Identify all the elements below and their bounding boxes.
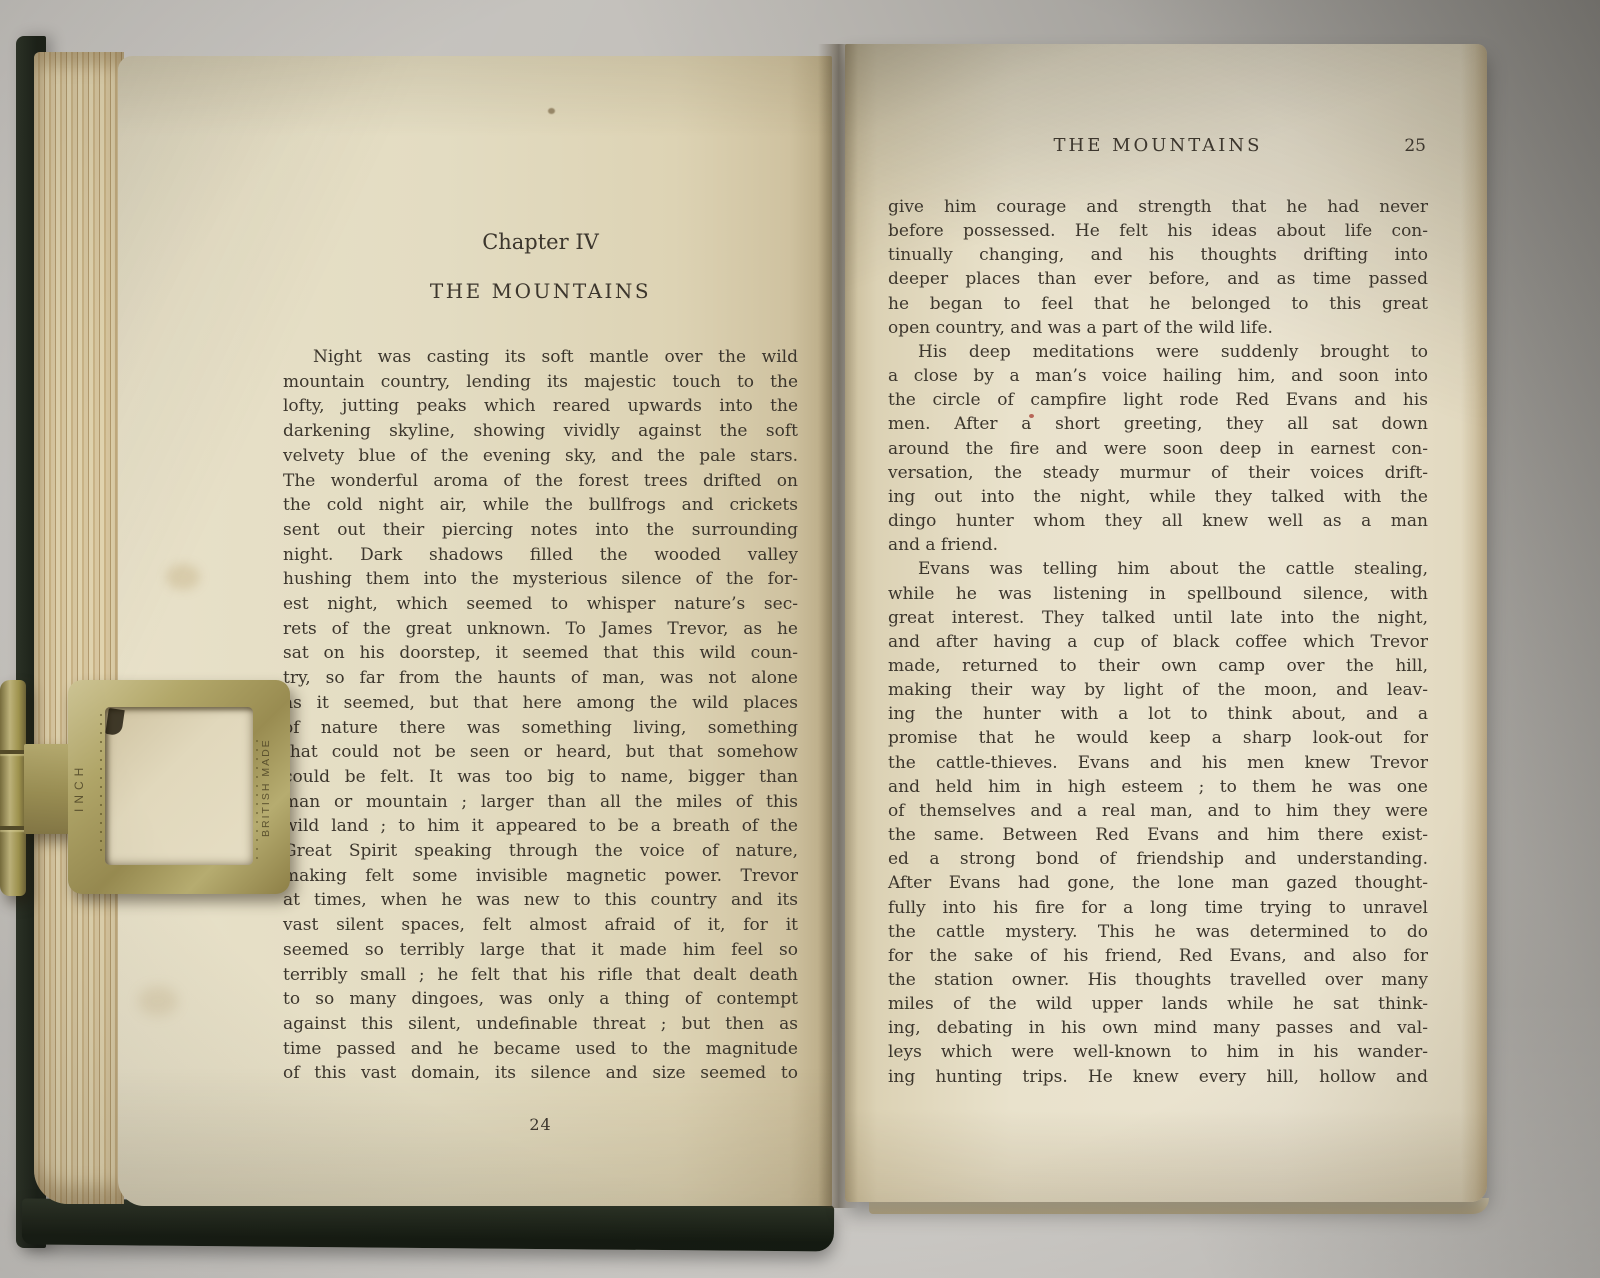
clasp-frame: INCH BRITISH MADE: [68, 680, 290, 894]
text-line: sat on his doorstep, it seemed that this…: [283, 641, 798, 666]
text-line: Evans was telling him about the cattle s…: [888, 557, 1428, 581]
hinge-knuckle-line: [0, 826, 26, 830]
text-line: could be felt. It was too big to name, b…: [283, 765, 798, 790]
text-line: made, returned to their own camp over th…: [888, 654, 1428, 678]
text-line: before possessed. He felt his ideas abou…: [888, 219, 1428, 243]
text-line: for the sake of his friend, Red Evans, a…: [888, 944, 1428, 968]
text-line: while he was listening in spellbound sil…: [888, 582, 1428, 606]
right-page: THE MOUNTAINS 25 give him courage and st…: [845, 44, 1487, 1202]
text-line: to so many dingoes, was only a thing of …: [283, 987, 798, 1012]
text-line: try, so far from the haunts of man, was …: [283, 666, 798, 691]
text-line: the cold night air, while the bullfrogs …: [283, 493, 798, 518]
text-line: versation, the steady murmur of their vo…: [888, 461, 1428, 485]
text-line: man or mountain ; larger than all the mi…: [283, 790, 798, 815]
chapter-heading: Chapter IV: [283, 229, 798, 255]
text-line: His deep meditations were suddenly broug…: [888, 340, 1428, 364]
left-page-text: Chapter IV THE MOUNTAINS Night was casti…: [283, 56, 798, 1134]
right-page-text: THE MOUNTAINS 25 give him courage and st…: [888, 44, 1428, 1089]
text-line: ing out into the night, while they talke…: [888, 485, 1428, 509]
text-line: sent out their piercing notes into the s…: [283, 518, 798, 543]
text-line: seemed so terribly large that it made hi…: [283, 938, 798, 963]
text-line: wild land ; to him it appeared to be a b…: [283, 814, 798, 839]
text-line: the circle of campfire light rode Red Ev…: [888, 388, 1428, 412]
text-line: After Evans had gone, the lone man gazed…: [888, 871, 1428, 895]
text-line: night. Dark shadows filled the wooded va…: [283, 543, 798, 568]
clasp-british-made-label: BRITISH MADE: [260, 706, 272, 870]
text-line: the same. Between Red Evans and him ther…: [888, 823, 1428, 847]
text-line: tinually changing, and his thoughts drif…: [888, 243, 1428, 267]
text-line: miles of the wild upper lands while he s…: [888, 992, 1428, 1016]
text-line: the cattle-thieves. Evans and his men kn…: [888, 751, 1428, 775]
text-line: velvety blue of the evening sky, and the…: [283, 444, 798, 469]
text-line: give him courage and strength that he ha…: [888, 195, 1428, 219]
text-line: time passed and he became used to the ma…: [283, 1037, 798, 1062]
page-fore-edges: [34, 52, 124, 1204]
text-line: ing, debating in his own mind many passe…: [888, 1016, 1428, 1040]
brass-clasp: INCH BRITISH MADE: [0, 652, 300, 904]
right-page-body: give him courage and strength that he ha…: [888, 195, 1428, 1089]
book-cover-bottom-edge: [22, 1198, 834, 1251]
text-line: he began to feel that he belonged to thi…: [888, 292, 1428, 316]
text-line: lofty, jutting peaks which reared upward…: [283, 394, 798, 419]
text-line: ed a strong bond of friendship and under…: [888, 847, 1428, 871]
text-line: Great Spirit speaking through the voice …: [283, 839, 798, 864]
text-line: deeper places than ever before, and as t…: [888, 267, 1428, 291]
running-header-row: THE MOUNTAINS 25: [888, 133, 1428, 159]
text-line: a close by a man’s voice hailing him, an…: [888, 364, 1428, 388]
text-line: against this silent, undefinable threat …: [283, 1012, 798, 1037]
running-header: THE MOUNTAINS: [1054, 135, 1263, 156]
text-line: ing the hunter with a lot to think about…: [888, 702, 1428, 726]
text-line: leys which were well-known to him in his…: [888, 1040, 1428, 1064]
text-line: and held him in high esteem ; to them he…: [888, 775, 1428, 799]
text-line: of this vast domain, its silence and siz…: [283, 1061, 798, 1086]
paper-stain: [166, 564, 200, 590]
text-line: men. After a short greeting, they all sa…: [888, 412, 1428, 436]
open-book: Chapter IV THE MOUNTAINS Night was casti…: [0, 0, 1600, 1278]
text-line: as it seemed, but that here among the wi…: [283, 691, 798, 716]
clasp-hinge: [0, 680, 26, 896]
text-line: open country, and was a part of the wild…: [888, 316, 1428, 340]
text-line: vast silent spaces, felt almost afraid o…: [283, 913, 798, 938]
right-page-number: 25: [1404, 133, 1426, 159]
text-line: promise that he would keep a sharp look-…: [888, 726, 1428, 750]
text-line: terribly small ; he felt that his rifle …: [283, 963, 798, 988]
book-photo-stage: Chapter IV THE MOUNTAINS Night was casti…: [0, 0, 1600, 1278]
chapter-title: THE MOUNTAINS: [283, 278, 798, 304]
left-page-number: 24: [283, 1115, 798, 1134]
text-line: the cattle mystery. This he was determin…: [888, 920, 1428, 944]
hinge-knuckle-line: [0, 750, 26, 754]
text-line: that could not be seen or heard, but tha…: [283, 740, 798, 765]
text-line: Night was casting its soft mantle over t…: [283, 345, 798, 370]
paper-stain: [138, 986, 178, 1016]
clasp-inch-label: INCH: [72, 720, 86, 854]
text-line: hushing them into the mysterious silence…: [283, 567, 798, 592]
text-line: the station owner. His thoughts travelle…: [888, 968, 1428, 992]
text-line: and after having a cup of black coffee w…: [888, 630, 1428, 654]
text-line: mountain country, lending its majestic t…: [283, 370, 798, 395]
text-line: fully into his fire for a long time tryi…: [888, 896, 1428, 920]
text-line: making felt some invisible magnetic powe…: [283, 864, 798, 889]
text-line: and a friend.: [888, 533, 1428, 557]
text-line: great interest. They talked until late i…: [888, 606, 1428, 630]
text-line: making their way by light of the moon, a…: [888, 678, 1428, 702]
text-line: around the fire and were soon deep in ea…: [888, 437, 1428, 461]
text-line: of themselves and a real man, and to him…: [888, 799, 1428, 823]
text-line: ing hunting trips. He knew every hill, h…: [888, 1065, 1428, 1089]
text-line: of nature there was something living, so…: [283, 716, 798, 741]
left-page-body: Night was casting its soft mantle over t…: [283, 345, 798, 1086]
text-line: The wonderful aroma of the forest trees …: [283, 469, 798, 494]
text-line: rets of the great unknown. To James Trev…: [283, 617, 798, 642]
text-line: est night, which seemed to whisper natur…: [283, 592, 798, 617]
clasp-aperture: [105, 707, 253, 865]
text-line: dingo hunter whom they all knew well as …: [888, 509, 1428, 533]
text-line: darkening skyline, showing vividly again…: [283, 419, 798, 444]
text-line: at times, when he was new to this countr…: [283, 888, 798, 913]
left-page: Chapter IV THE MOUNTAINS Night was casti…: [118, 56, 832, 1206]
